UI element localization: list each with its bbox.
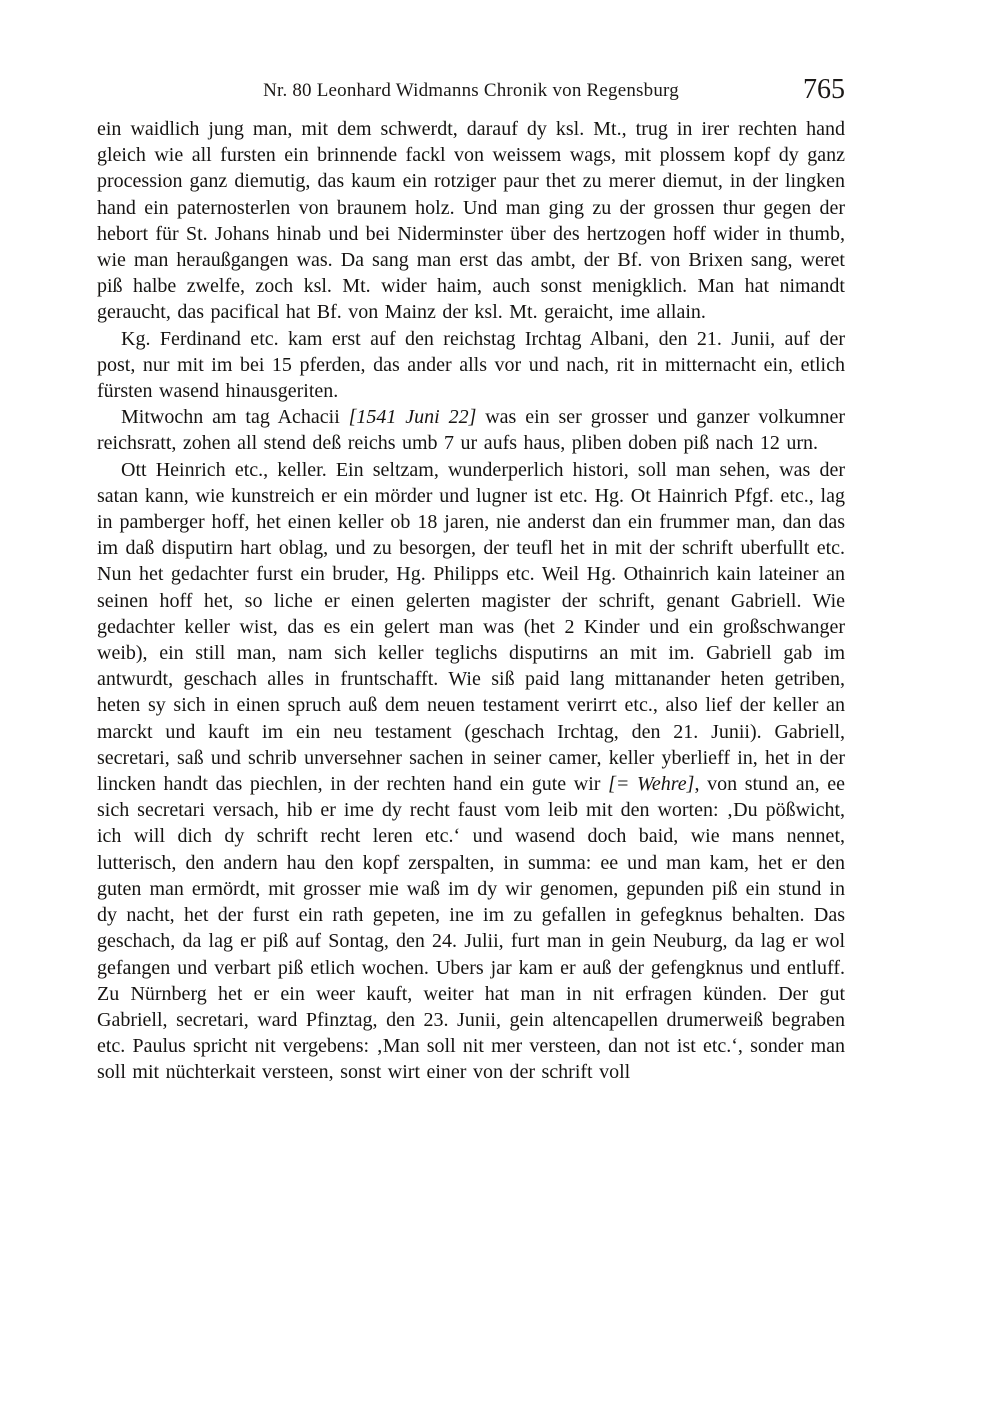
page-number: 765 [803,74,845,106]
text-block: ein waidlich jung man, mit dem schwerdt,… [97,116,845,1086]
paragraph: Ott Heinrich etc., keller. Ein seltzam, … [97,457,845,1086]
body-text: ein waidlich jung man, mit dem schwerdt,… [97,118,845,323]
book-page: Nr. 80 Leonhard Widmanns Chronik von Reg… [0,0,1004,1418]
chapter-running-title: Nr. 80 Leonhard Widmanns Chronik von Reg… [97,78,845,104]
body-text: Kg. Ferdinand etc. kam erst auf den reic… [97,328,845,402]
paragraph: Mitwochn am tag Achacii [1541 Juni 22] w… [97,404,845,456]
body-text: Ott Heinrich etc., keller. Ein seltzam, … [97,459,845,795]
editorial-insertion: [= Wehre] [608,773,694,795]
editorial-insertion: [1541 Juni 22] [349,406,477,428]
body-text: , von stund an, ee sich secretari versac… [97,773,845,1083]
running-header: Nr. 80 Leonhard Widmanns Chronik von Reg… [97,78,845,108]
paragraph: ein waidlich jung man, mit dem schwerdt,… [97,116,845,326]
paragraph: Kg. Ferdinand etc. kam erst auf den reic… [97,326,845,405]
body-text: Mitwochn am tag Achacii [121,406,349,428]
